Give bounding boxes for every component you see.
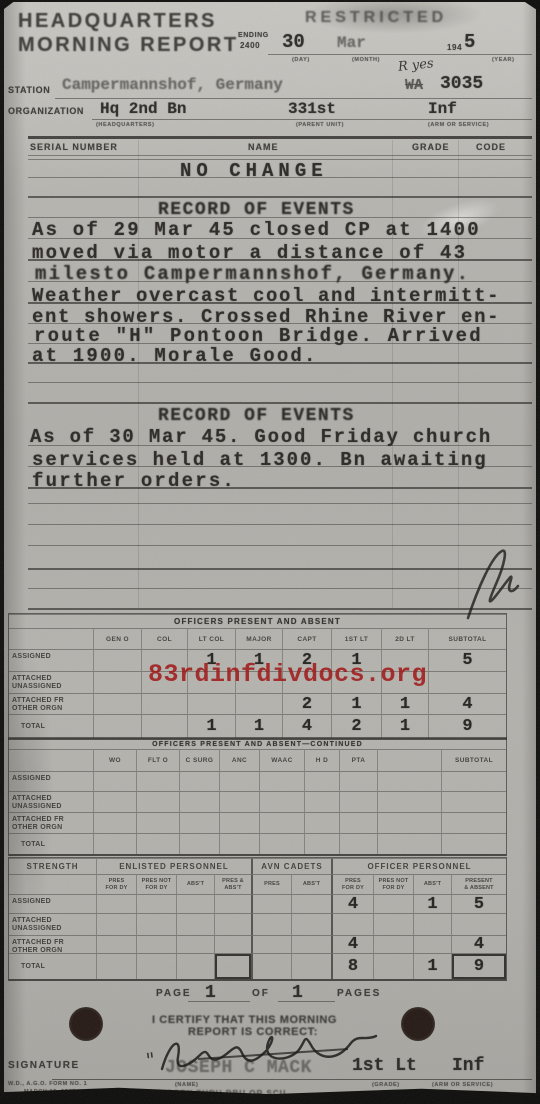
date-underline: [268, 54, 532, 55]
col-header: 2D LT: [381, 628, 428, 649]
table-value: [214, 935, 251, 953]
arm-sublabel: (ARM OR SERVICE): [428, 122, 489, 128]
station-underline: [55, 98, 532, 99]
organization-unit-value: 331st: [288, 100, 336, 118]
rule: [28, 382, 532, 383]
signer-arm: Inf: [452, 1056, 484, 1076]
form-title-line1: HEADQUARTERS: [18, 10, 217, 33]
table-value: [413, 913, 451, 935]
table-value: [377, 791, 441, 812]
col-header: GEN O: [93, 628, 141, 649]
rule: [28, 217, 532, 218]
subcol-header: PRES FOR DY: [331, 874, 373, 894]
table-value: [259, 833, 304, 854]
table-value: 1: [381, 693, 428, 714]
table-value: 1: [413, 953, 451, 979]
table-value: [176, 894, 214, 913]
rule: [28, 402, 532, 404]
rule: [28, 503, 532, 504]
table-value: 5: [451, 894, 506, 913]
table-value: [377, 771, 441, 791]
table-value: [176, 953, 214, 979]
subcol-header: PRES FOR DY: [96, 874, 136, 894]
table-value: [441, 791, 506, 812]
pages-underline: [278, 1001, 335, 1002]
row-label: TOTAL: [9, 953, 96, 979]
col-header: ANC: [219, 749, 259, 771]
pages-total: 1: [292, 983, 303, 1003]
row-label: ATTACHED FR OTHER ORGN: [9, 693, 93, 714]
row-label: ATTACHED UNASSIGNED: [9, 913, 96, 935]
pages-label: PAGES: [337, 988, 381, 999]
subcol-header: PRES: [251, 874, 291, 894]
table-value: [136, 894, 176, 913]
officers-table-title: OFFICERS PRESENT AND ABSENT: [9, 614, 506, 628]
rule: [28, 196, 532, 198]
col-header: 1ST LT: [331, 628, 381, 649]
table-value: [136, 771, 179, 791]
arm-service-sublabel: (ARM OR SERVICE): [432, 1082, 493, 1088]
page-underline: [188, 1001, 250, 1002]
of-label: OF: [252, 988, 270, 999]
table-value: [219, 812, 259, 833]
table-value: [136, 833, 179, 854]
table-value: [136, 791, 179, 812]
rule: [28, 177, 532, 178]
table-value: [291, 894, 331, 913]
rule: [28, 362, 532, 364]
year-sublabel: (YEAR): [492, 57, 515, 63]
table-value: [136, 812, 179, 833]
day-sublabel: (DAY): [292, 57, 310, 63]
table-value: [339, 812, 377, 833]
table-value: [93, 649, 141, 671]
corner-cell: [9, 628, 93, 649]
col-header: [377, 749, 441, 771]
rule: [28, 487, 532, 489]
date-day-value: 30: [282, 31, 305, 53]
table-value: [413, 935, 451, 953]
handwritten-signature: [140, 1025, 385, 1085]
rule: [28, 238, 532, 239]
col-header: WAAC: [259, 749, 304, 771]
table-value: [214, 953, 251, 979]
table-value: 4: [282, 714, 331, 738]
strength-title: STRENGTH: [9, 858, 96, 874]
table-value: [96, 935, 136, 953]
station-label: STATION: [8, 85, 50, 95]
table-value: [136, 913, 176, 935]
table-value: [214, 913, 251, 935]
organization-hq-value: Hq 2nd Bn: [100, 100, 186, 118]
page-label: PAGE: [156, 988, 192, 999]
table-value: [179, 771, 219, 791]
roster-entry: NO CHANGE: [180, 160, 328, 182]
table-value: 1: [413, 894, 451, 913]
strength-table: STRENGTH ENLISTED PERSONNEL AVN CADETS O…: [8, 857, 507, 981]
ending-time: 2400: [240, 41, 260, 50]
table-value: [251, 953, 291, 979]
table-value: [93, 671, 141, 693]
table-value: [339, 833, 377, 854]
unit-sublabel: (PARENT UNIT): [296, 122, 344, 128]
table-value: [176, 935, 214, 953]
table-value: [176, 913, 214, 935]
col-header: H D: [304, 749, 339, 771]
table-value: 8: [331, 953, 373, 979]
col-header: PTA: [339, 749, 377, 771]
roster-col-name: NAME: [248, 142, 279, 152]
table-value: [96, 913, 136, 935]
signature-label: SIGNATURE: [8, 1060, 80, 1071]
rule: [28, 466, 532, 467]
row-label: ATTACHED FR OTHER ORGN: [9, 812, 93, 833]
col-header: SUBTOTAL: [428, 628, 506, 649]
table-value: [96, 953, 136, 979]
table-value: [259, 771, 304, 791]
station-value: Campermannshof, Germany: [62, 76, 283, 94]
event-line: services held at 1300. Bn awaiting: [32, 449, 488, 471]
table-value: [93, 714, 141, 738]
table-value: [373, 913, 413, 935]
table-value: [136, 935, 176, 953]
table-value: [259, 812, 304, 833]
table-value: 4: [331, 935, 373, 953]
restricted-stamp: RESTRICTED: [305, 9, 447, 27]
table-value: [377, 812, 441, 833]
organization-label: ORGANIZATION: [8, 106, 84, 116]
table-value: [219, 791, 259, 812]
table-value: [259, 791, 304, 812]
officers-continued-title: OFFICERS PRESENT AND ABSENT—CONTINUED: [9, 738, 506, 749]
row-label: ASSIGNED: [9, 649, 93, 671]
table-value: [377, 833, 441, 854]
handwritten-flourish: [450, 542, 530, 626]
hq-sublabel: (HEADQUARTERS): [96, 122, 155, 128]
row-label: TOTAL: [9, 833, 93, 854]
rule: [28, 281, 532, 282]
table-value: [136, 953, 176, 979]
table-value: 4: [331, 894, 373, 913]
watermark: 83rdinfdivdocs.org: [148, 660, 427, 689]
station-map-code: 3035: [440, 74, 483, 94]
month-sublabel: (MONTH): [352, 57, 380, 63]
date-month-value: Mar: [337, 34, 366, 52]
table-value: [428, 671, 506, 693]
table-value: [373, 894, 413, 913]
table-value: [93, 833, 136, 854]
rule: [28, 259, 532, 261]
table-value: [219, 833, 259, 854]
table-value: 9: [428, 714, 506, 738]
table-value: [441, 833, 506, 854]
table-value: 9: [451, 953, 506, 979]
col-header: COL: [141, 628, 187, 649]
table-value: 4: [428, 693, 506, 714]
officers-continued-table: OFFICERS PRESENT AND ABSENT—CONTINUED WO…: [8, 737, 507, 856]
row-label: ATTACHED FR OTHER ORGN: [9, 935, 96, 953]
table-value: [179, 812, 219, 833]
record-of-events-title-2: RECORD OF EVENTS: [158, 406, 355, 426]
table-value: [291, 913, 331, 935]
group-header-officer: OFFICER PERSONNEL: [331, 858, 506, 874]
table-value: [179, 833, 219, 854]
rule: [28, 136, 532, 139]
table-value: [251, 935, 291, 953]
table-value: [291, 953, 331, 979]
table-value: 5: [428, 649, 506, 671]
row-label: ATTACHED UNASSIGNED: [9, 791, 93, 812]
row-label: ASSIGNED: [9, 771, 93, 791]
subcol-header: PRESENT & ABSENT: [451, 874, 506, 894]
subcol-header: PRES & ABS'T: [214, 874, 251, 894]
subcol-header: ABS'T: [413, 874, 451, 894]
table-value: [373, 953, 413, 979]
rule: [28, 155, 532, 156]
punch-hole-right: [401, 1007, 435, 1041]
rule: [28, 524, 532, 525]
rule: [28, 323, 532, 324]
organization-arm-value: Inf: [428, 100, 457, 118]
table-value: [373, 935, 413, 953]
table-value: [96, 894, 136, 913]
subcol-header: ABS'T: [176, 874, 214, 894]
row-label: ASSIGNED: [9, 894, 96, 913]
corner-cell: [9, 874, 96, 894]
table-value: [339, 791, 377, 812]
organization-underline: [92, 119, 532, 120]
table-value: [331, 913, 373, 935]
table-value: [93, 812, 136, 833]
table-value: 1: [187, 714, 235, 738]
form-number: W.D., A.G.O. FORM NO. 1: [8, 1081, 87, 1087]
punch-hole-left: [69, 1007, 103, 1041]
roster-col-code: CODE: [476, 142, 506, 152]
table-value: [304, 833, 339, 854]
table-value: [93, 771, 136, 791]
year-prefix: 194: [447, 43, 462, 52]
table-value: [451, 913, 506, 935]
table-value: [179, 791, 219, 812]
table-value: [304, 771, 339, 791]
station-struck-text: WA: [405, 77, 423, 94]
row-label: TOTAL: [9, 714, 93, 738]
table-value: [141, 714, 187, 738]
table-value: [141, 693, 187, 714]
table-value: [251, 894, 291, 913]
corner-cell: [9, 749, 93, 771]
column-rule: [138, 140, 139, 608]
group-header-avn: AVN CADETS: [251, 858, 331, 874]
table-value: [235, 693, 282, 714]
roster-col-serial: SERIAL NUMBER: [30, 142, 118, 152]
table-value: [291, 935, 331, 953]
ending-label: ENDING: [238, 32, 269, 39]
table-value: [219, 771, 259, 791]
subcol-header: PRES NOT FOR DY: [373, 874, 413, 894]
column-rule: [392, 140, 393, 608]
table-value: 1: [235, 714, 282, 738]
subcol-header: ABS'T: [291, 874, 331, 894]
table-value: [441, 812, 506, 833]
col-header: WO: [93, 749, 136, 771]
rule: [28, 343, 532, 344]
rule: [28, 445, 532, 446]
morning-report-scan: HEADQUARTERS MORNING REPORT RESTRICTED E…: [0, 0, 540, 1104]
col-header: SUBTOTAL: [441, 749, 506, 771]
table-value: [304, 812, 339, 833]
group-header-enlisted: ENLISTED PERSONNEL: [96, 858, 251, 874]
table-value: 1: [331, 693, 381, 714]
table-value: [304, 791, 339, 812]
subcol-header: PRES NOT FOR DY: [136, 874, 176, 894]
table-value: 2: [331, 714, 381, 738]
column-rule: [458, 140, 459, 608]
rule: [28, 302, 532, 304]
col-header: FLT O: [136, 749, 179, 771]
table-value: [187, 693, 235, 714]
table-value: [339, 771, 377, 791]
table-value: [214, 894, 251, 913]
table-value: 4: [451, 935, 506, 953]
table-value: [251, 913, 291, 935]
date-year-value: 5: [464, 31, 475, 53]
page-number: 1: [205, 983, 216, 1003]
roster-col-grade: GRADE: [412, 142, 450, 152]
table-value: 1: [381, 714, 428, 738]
col-header: MAJOR: [235, 628, 282, 649]
row-label: ATTACHED UNASSIGNED: [9, 671, 93, 693]
table-value: [93, 693, 141, 714]
table-value: [93, 791, 136, 812]
col-header: LT COL: [187, 628, 235, 649]
form-title-line2: MORNING REPORT: [18, 34, 239, 57]
table-value: [441, 771, 506, 791]
col-header: CAPT: [282, 628, 331, 649]
table-value: 2: [282, 693, 331, 714]
col-header: C SURG: [179, 749, 219, 771]
